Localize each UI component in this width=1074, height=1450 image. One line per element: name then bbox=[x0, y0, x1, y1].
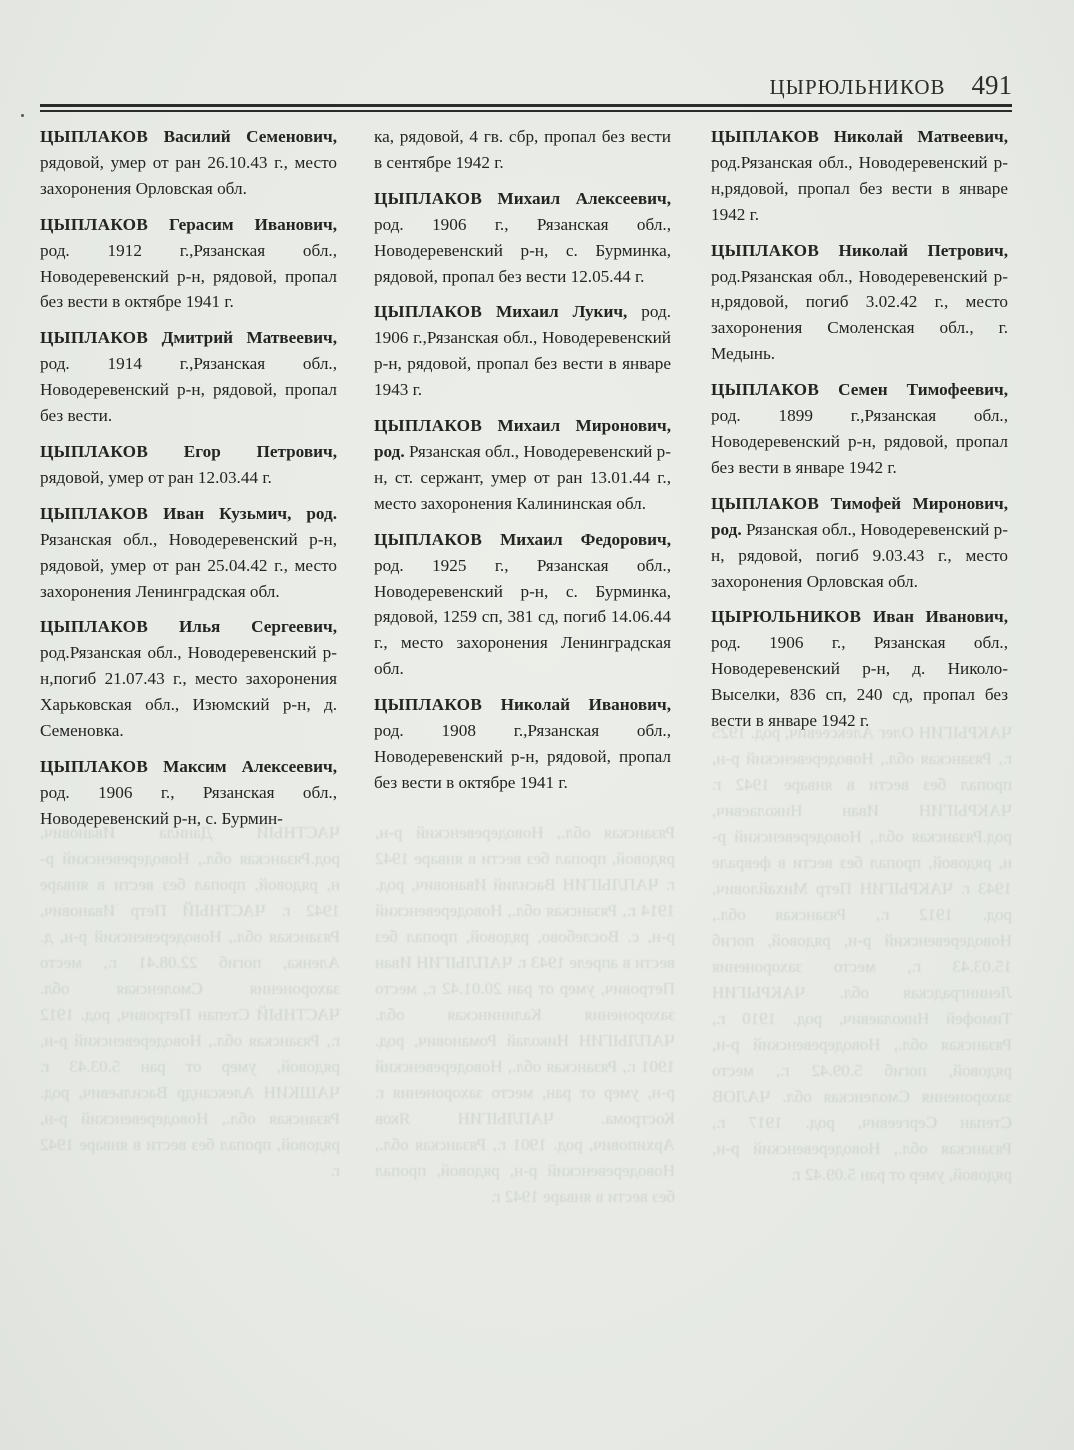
entry-surname: ЦЫПЛАКОВ bbox=[40, 504, 148, 523]
bleed-through-text: ЧАКРЫГИН Олег Алексеевич, род. 1925 г., … bbox=[712, 720, 1012, 1188]
entry-surname: ЦЫПЛАКОВ bbox=[40, 617, 148, 636]
entry-text: род. 1906 г., Рязанская обл., Новодереве… bbox=[711, 633, 1008, 730]
entry-given-name: Илья Сергеевич, bbox=[179, 617, 337, 636]
entry-given-name: Егор Петрович, bbox=[184, 442, 337, 461]
entry-surname: ЦЫПЛАКОВ bbox=[374, 695, 482, 714]
entry-surname: ЦЫПЛАКОВ bbox=[711, 494, 819, 513]
running-header: ЦЫРЮЛЬНИКОВ 491 bbox=[770, 70, 1013, 101]
bleed-through-text: Рязанская обл., Новодеревенский р-н, ряд… bbox=[375, 820, 675, 1210]
entry-text: род. 1912 г.,Рязанская обл., Новодеревен… bbox=[40, 241, 337, 312]
entry-surname: ЦЫРЮЛЬНИКОВ bbox=[711, 607, 861, 626]
entry-given-name: Василий Семенович, bbox=[164, 127, 337, 146]
entry-given-name: Николай Иванович, bbox=[501, 695, 671, 714]
entry-surname: ЦЫПЛАКОВ bbox=[40, 328, 148, 347]
entry-text: род. 1925 г., Рязанская обл., Новодереве… bbox=[374, 556, 671, 679]
entry: ЦЫПЛАКОВ Михаил Миронович, род. Рязанска… bbox=[374, 413, 671, 517]
entry-text: род. 1906 г., Рязанская обл., Новодереве… bbox=[40, 783, 337, 828]
entry: ЦЫПЛАКОВ Максим Алексеевич, род. 1906 г.… bbox=[40, 754, 337, 832]
entry-text: род. 1914 г.,Рязанская обл., Новодеревен… bbox=[40, 354, 337, 425]
entry-surname: ЦЫПЛАКОВ bbox=[374, 530, 482, 549]
entry-text: рядовой, умер от ран 12.03.44 г. bbox=[40, 468, 272, 487]
entry: ЦЫПЛАКОВ Николай Петрович, род.Рязанская… bbox=[711, 238, 1008, 368]
entry-surname: ЦЫПЛАКОВ bbox=[711, 127, 819, 146]
entry-surname: ЦЫПЛАКОВ bbox=[40, 215, 148, 234]
entry: ЦЫПЛАКОВ Егор Петрович, рядовой, умер от… bbox=[40, 439, 337, 491]
entry-given-name: Михаил Лукич, bbox=[496, 302, 627, 321]
entry: ЦЫПЛАКОВ Василий Семенович, рядовой, уме… bbox=[40, 124, 337, 202]
entry-text: род. 1906 г., Рязанская обл., Новодереве… bbox=[374, 215, 671, 286]
text-column-3: ЦЫПЛАКОВ Николай Матвеевич, род.Рязанска… bbox=[711, 124, 1008, 744]
entry: ЦЫПЛАКОВ Михаил Федорович, род. 1925 г.,… bbox=[374, 527, 671, 682]
entry-given-name: Иван Иванович, bbox=[873, 607, 1008, 626]
entry-text: Рязанская обл., Новодеревенский р-н, ряд… bbox=[711, 520, 1008, 591]
entry-given-name: Михаил Федорович, bbox=[500, 530, 671, 549]
entry: ЦЫПЛАКОВ Тимофей Миронович, род. Рязанск… bbox=[711, 491, 1008, 595]
entry-given-name: Дмитрий Матвеевич, bbox=[162, 328, 337, 347]
running-title: ЦЫРЮЛЬНИКОВ bbox=[770, 75, 946, 100]
entry: ЦЫПЛАКОВ Семен Тимофеевич, род. 1899 г.,… bbox=[711, 377, 1008, 481]
entry-surname: ЦЫПЛАКОВ bbox=[40, 127, 148, 146]
header-rule-thin bbox=[40, 110, 1012, 112]
entry-text: род. 1899 г.,Рязанская обл., Новодеревен… bbox=[711, 406, 1008, 477]
header-rule-thick bbox=[40, 104, 1012, 107]
entry-given-name: Герасим Иванович, bbox=[169, 215, 337, 234]
page-number: 491 bbox=[972, 70, 1013, 101]
entry: ЦЫПЛАКОВ Михаил Алексеевич, род. 1906 г.… bbox=[374, 186, 671, 290]
entry-given-name: Михаил Алексеевич, bbox=[498, 189, 671, 208]
entry-text: Рязанская обл., Новодеревенский р-н, ст.… bbox=[374, 442, 671, 513]
entry: ЦЫПЛАКОВ Николай Матвеевич, род.Рязанска… bbox=[711, 124, 1008, 228]
text-column-2: ка, рядовой, 4 гв. сбр, пропал без вести… bbox=[374, 124, 671, 806]
text-column-1: ЦЫПЛАКОВ Василий Семенович, рядовой, уме… bbox=[40, 124, 337, 842]
entry-text: Рязанская обл., Новодеревенский р-н, ряд… bbox=[40, 530, 337, 601]
entry-text: род.Рязанская обл., Новодеревенский р-н,… bbox=[40, 643, 337, 740]
entry-surname: ЦЫПЛАКОВ bbox=[711, 241, 819, 260]
entry-text: род.Рязанская обл., Новодеревенский р-н,… bbox=[711, 267, 1008, 364]
entry: ЦЫПЛАКОВ Герасим Иванович, род. 1912 г.,… bbox=[40, 212, 337, 316]
entry-text: род.Рязанская обл., Новодеревенский р-н,… bbox=[711, 153, 1008, 224]
bleed-through-text: ЧАСТНЫЙ Данила Иванович, род.Рязанская о… bbox=[40, 820, 340, 1184]
entry-surname: ЦЫПЛАКОВ bbox=[711, 380, 819, 399]
entry: ЦЫПЛАКОВ Николай Иванович, род. 1908 г.,… bbox=[374, 692, 671, 796]
entry-continuation: ка, рядовой, 4 гв. сбр, пропал без вести… bbox=[374, 124, 671, 176]
entry: ЦЫПЛАКОВ Иван Кузьмич, род. Рязанская об… bbox=[40, 501, 337, 605]
book-page: ЧАСТНЫЙ Данила Иванович, род.Рязанская о… bbox=[0, 0, 1074, 1450]
entry-given-name: Иван Кузьмич, род. bbox=[163, 504, 337, 523]
entry-text: рядовой, умер от ран 26.10.43 г., место … bbox=[40, 153, 337, 198]
entry-surname: ЦЫПЛАКОВ bbox=[374, 302, 482, 321]
entry: ЦЫПЛАКОВ Илья Сергеевич, род.Рязанская о… bbox=[40, 614, 337, 744]
entry-surname: ЦЫПЛАКОВ bbox=[374, 416, 482, 435]
entry-text: род. 1908 г.,Рязанская обл., Новодеревен… bbox=[374, 721, 671, 792]
entry-given-name: Николай Петрович, bbox=[839, 241, 1008, 260]
entry-surname: ЦЫПЛАКОВ bbox=[40, 757, 148, 776]
entry-surname: ЦЫПЛАКОВ bbox=[374, 189, 482, 208]
entry: ЦЫРЮЛЬНИКОВ Иван Иванович, род. 1906 г.,… bbox=[711, 604, 1008, 734]
entry-surname: ЦЫПЛАКОВ bbox=[40, 442, 148, 461]
entry: ЦЫПЛАКОВ Дмитрий Матвеевич, род. 1914 г.… bbox=[40, 325, 337, 429]
entry: ЦЫПЛАКОВ Михаил Лукич, род. 1906 г.,Ряза… bbox=[374, 299, 671, 403]
entry-given-name: Семен Тимофеевич, bbox=[838, 380, 1008, 399]
entry-given-name: Николай Матвеевич, bbox=[834, 127, 1008, 146]
entry-given-name: Максим Алексеевич, bbox=[163, 757, 337, 776]
print-speck bbox=[21, 114, 24, 117]
